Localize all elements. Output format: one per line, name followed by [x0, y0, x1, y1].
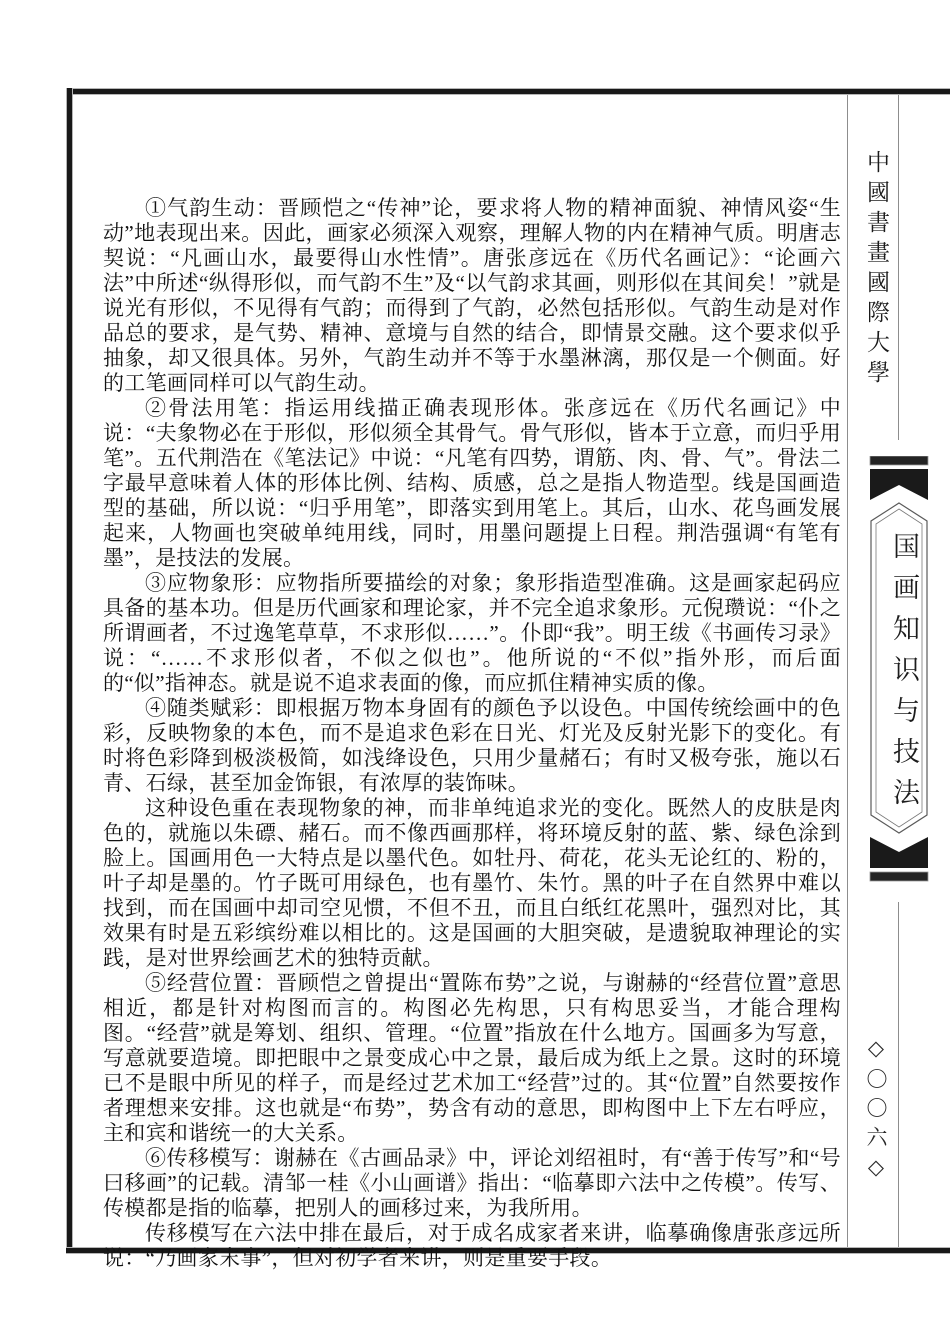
ribbon-banner-bottom-icon	[870, 837, 928, 868]
sidebar-university-title: 中國書畫國際大學	[860, 150, 893, 390]
paragraph-gufa-yongbi: ②骨法用笔：指运用线描正确表现形体。张彦远在《历代名画记》中说：“夫象物必在于形…	[103, 396, 841, 571]
frame-top-border	[66, 88, 950, 95]
paragraph-chuanyi-moxie-2: 传移模写在六法中排在最后，对于成名成家者来讲，临摹确像唐张彦远所说：“乃画家末事…	[103, 1221, 841, 1271]
page-number: ◇〇〇六◇	[861, 1036, 891, 1187]
ribbon-banner-top-icon	[870, 469, 928, 500]
hatched-bar-bottom-icon	[870, 872, 928, 881]
book-page: ①气韵生动：晋顾恺之“传神”论，要求将人物的精神面貌、神情风姿“生动”地表现出来…	[0, 0, 950, 1344]
paragraph-suilei-fucai: ④随类赋彩：即根据万物本身固有的颜色予以设色。中国传统绘画中的色彩，反映物象的本…	[103, 696, 841, 796]
sidebar-divider-line	[847, 95, 848, 1247]
body-text: ①气韵生动：晋顾恺之“传神”论，要求将人物的精神面貌、神情风姿“生动”地表现出来…	[103, 196, 841, 1271]
paragraph-jingying-weizhi: ⑤经营位置：晋顾恺之曾提出“置陈布势”之说，与谢赫的“经营位置”意思相近，都是针…	[103, 971, 841, 1146]
sidebar-outer-line-top	[898, 95, 899, 440]
sidebar-chapter-title: 国画知识与技法	[885, 532, 924, 819]
sidebar-outer-line-bottom	[898, 902, 899, 1247]
frame-left-border	[66, 88, 73, 1247]
paragraph-qiyun-shengdong: ①气韵生动：晋顾恺之“传神”论，要求将人物的精神面貌、神情风姿“生动”地表现出来…	[103, 196, 841, 396]
paragraph-chuanyi-moxie: ⑥传移模写：谢赫在《古画品录》中，评论刘绍祖时，有“善于传写”和“号曰移画”的记…	[103, 1146, 841, 1221]
paragraph-yingwu-xiangxing: ③应物象形：应物指所要描绘的对象；象形指造型准确。这是画家起码应具备的基本功。但…	[103, 571, 841, 696]
hatched-bar-top-icon	[870, 456, 928, 465]
paragraph-shese-shen: 这种设色重在表现物象的神，而非单纯追求光的变化。既然人的皮肤是肉色的，就施以朱磦…	[103, 796, 841, 971]
